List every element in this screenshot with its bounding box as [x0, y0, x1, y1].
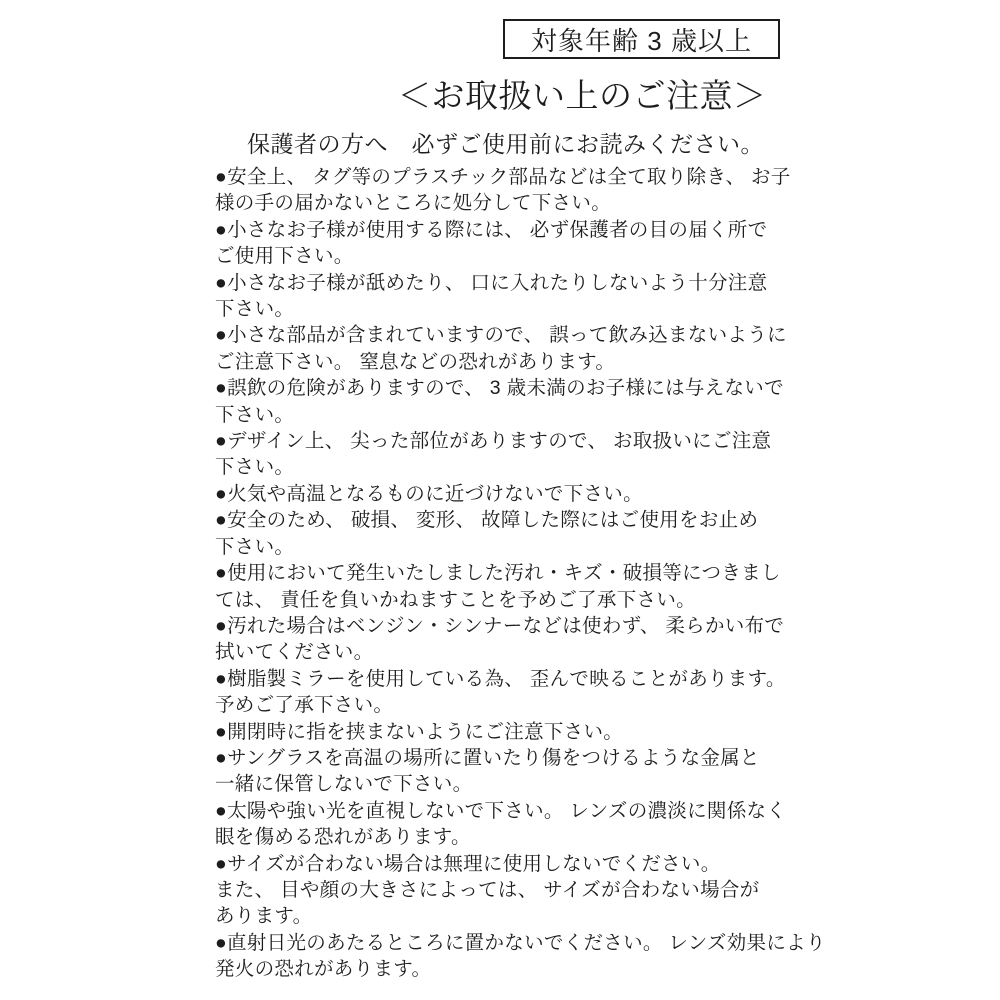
notice-list: ●安全上、 タグ等のプラスチック部品などは全て取り除き、 お子様の手の届かないと… [215, 164, 805, 983]
notice-item: ●サングラスを高温の場所に置いたり傷をつけるような金属と一緒に保管しないで下さい… [215, 745, 805, 798]
notice-continuation-line: 様の手の届かないところに処分して下さい。 [215, 190, 805, 216]
notice-continuation-line: 下さい。 [215, 534, 805, 560]
notice-item: ●小さなお子様が舐めたり、 口に入れたりしないよう十分注意下さい。 [215, 270, 805, 323]
age-restriction-box: 対象年齢 3 歳以上 [503, 19, 780, 59]
notice-continuation-line: ご注意下さい。 窒息などの恐れがあります。 [215, 349, 805, 375]
notice-item-line: ●デザイン上、 尖った部位がありますので、 お取扱いにご注意 [215, 428, 805, 454]
notice-item-line: ●汚れた場合はベンジン・シンナーなどは使わず、 柔らかい布で [215, 613, 805, 639]
notice-continuation-line: また、 目や顔の大きさによっては、 サイズが合わない場合が [215, 877, 805, 903]
notice-item-line: ●サングラスを高温の場所に置いたり傷をつけるような金属と [215, 745, 805, 771]
notice-item: ●小さな部品が含まれていますので、 誤って飲み込まないようにご注意下さい。 窒息… [215, 322, 805, 375]
notice-item: ●安全上、 タグ等のプラスチック部品などは全て取り除き、 お子様の手の届かないと… [215, 164, 805, 217]
notice-item: ●サイズが合わない場合は無理に使用しないでください。また、 目や顔の大きさによっ… [215, 851, 805, 930]
notice-item: ●開閉時に指を挟まないようにご注意下さい。 [215, 719, 805, 745]
notice-item-line: ●安全のため、 破損、 変形、 故障した際にはご使用をお止め [215, 507, 805, 533]
page-title: ＜お取扱い上のご注意＞ [398, 70, 767, 117]
notice-item-line: ●開閉時に指を挟まないようにご注意下さい。 [215, 719, 805, 745]
notice-continuation-line: 発火の恐れがあります。 [215, 956, 805, 982]
notice-item: ●直射日光のあたるところに置かないでください。 レンズ効果により発火の恐れがあり… [215, 930, 805, 983]
notice-continuation-line: ご使用下さい。 [215, 243, 805, 269]
notice-item-line: ●小さなお子様が舐めたり、 口に入れたりしないよう十分注意 [215, 270, 805, 296]
notice-item-line: ●安全上、 タグ等のプラスチック部品などは全て取り除き、 お子 [215, 164, 805, 190]
notice-item-line: ●サイズが合わない場合は無理に使用しないでください。 [215, 851, 805, 877]
caution-sheet-page: 対象年齢 3 歳以上 ＜お取扱い上のご注意＞ 保護者の方へ 必ずご使用前にお読み… [0, 0, 1000, 1000]
notice-continuation-line: 予めご了承下さい。 [215, 692, 805, 718]
notice-item: ●樹脂製ミラーを使用している為、 歪んで映ることがあります。予めご了承下さい。 [215, 666, 805, 719]
notice-continuation-line: 眼を傷める恐れがあります。 [215, 824, 805, 850]
notice-continuation-line: あります。 [215, 903, 805, 929]
age-restriction-label: 対象年齢 3 歳以上 [531, 21, 752, 58]
notice-continuation-line: 拭いてください。 [215, 639, 805, 665]
notice-item-line: ●小さな部品が含まれていますので、 誤って飲み込まないように [215, 322, 805, 348]
notice-item-line: ●樹脂製ミラーを使用している為、 歪んで映ることがあります。 [215, 666, 805, 692]
notice-continuation-line: 下さい。 [215, 402, 805, 428]
notice-item-line: ●小さなお子様が使用する際には、 必ず保護者の目の届く所で [215, 217, 805, 243]
notice-item: ●汚れた場合はベンジン・シンナーなどは使わず、 柔らかい布で拭いてください。 [215, 613, 805, 666]
notice-item-line: ●直射日光のあたるところに置かないでください。 レンズ効果により [215, 930, 805, 956]
notice-item-line: ●誤飲の危険がありますので、 3 歳未満のお子様には与えないで [215, 375, 805, 401]
notice-item: ●火気や高温となるものに近づけないで下さい。 [215, 481, 805, 507]
notice-item-line: ●火気や高温となるものに近づけないで下さい。 [215, 481, 805, 507]
notice-continuation-line: ては、 責任を負いかねますことを予めご了承下さい。 [215, 587, 805, 613]
notice-continuation-line: 下さい。 [215, 296, 805, 322]
notice-continuation-line: 一緒に保管しないで下さい。 [215, 771, 805, 797]
notice-item: ●デザイン上、 尖った部位がありますので、 お取扱いにご注意下さい。 [215, 428, 805, 481]
notice-item: ●安全のため、 破損、 変形、 故障した際にはご使用をお止め下さい。 [215, 507, 805, 560]
guardian-read-before-use-subtitle: 保護者の方へ 必ずご使用前にお読みください。 [247, 126, 764, 159]
notice-item-line: ●使用において発生いたしました汚れ・キズ・破損等につきまし [215, 560, 805, 586]
notice-item: ●誤飲の危険がありますので、 3 歳未満のお子様には与えないで下さい。 [215, 375, 805, 428]
notice-item: ●使用において発生いたしました汚れ・キズ・破損等につきましては、 責任を負いかね… [215, 560, 805, 613]
notice-continuation-line: 下さい。 [215, 454, 805, 480]
notice-item: ●太陽や強い光を直視しないで下さい。 レンズの濃淡に関係なく眼を傷める恐れがあり… [215, 798, 805, 851]
notice-item: ●小さなお子様が使用する際には、 必ず保護者の目の届く所でご使用下さい。 [215, 217, 805, 270]
notice-item-line: ●太陽や強い光を直視しないで下さい。 レンズの濃淡に関係なく [215, 798, 805, 824]
